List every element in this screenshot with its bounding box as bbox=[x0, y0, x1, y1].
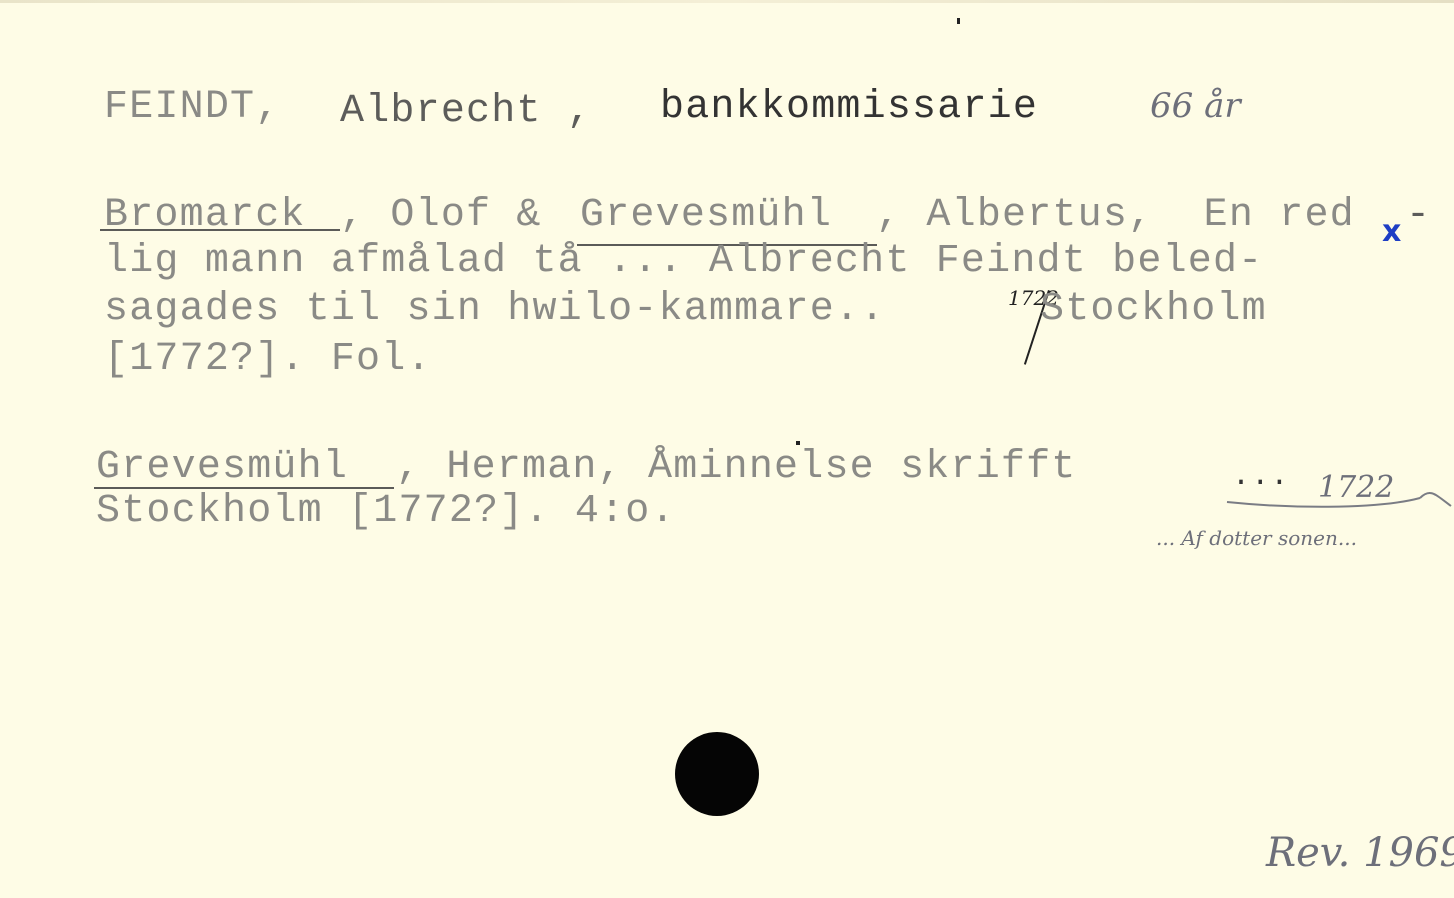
speck bbox=[796, 441, 800, 445]
card-top-edge bbox=[0, 0, 1454, 3]
entry1-title-line3: sagades til sin hwilo-kammare.. bbox=[104, 290, 885, 330]
punch-hole bbox=[675, 732, 759, 816]
handwritten-insert-note: ... Af dotter sonen... bbox=[1156, 526, 1357, 550]
heading-surname: FEINDT, bbox=[104, 88, 280, 128]
heading-occupation: bankkommissarie bbox=[660, 88, 1038, 128]
catalog-card: FEINDT, Albrecht , bankkommissarie 66 år… bbox=[0, 0, 1454, 898]
handwritten-age-note: 66 år bbox=[1150, 86, 1241, 126]
entry1-coauthor: Grevesmühl bbox=[580, 196, 832, 236]
blue-correction-mark: x bbox=[1382, 214, 1401, 249]
heading-given-name: Albrecht , bbox=[340, 92, 592, 132]
entry1-author-separator: , Olof & bbox=[340, 196, 567, 236]
entry2-imprint: Stockholm [1772?]. 4:o. bbox=[96, 492, 676, 532]
insertion-caret-line bbox=[1225, 480, 1454, 520]
entry1-title-line2: lig mann afmålad tå ... Albrecht Feindt … bbox=[104, 242, 1263, 282]
entry2-title: , Herman, Åminnelse skrifft bbox=[396, 448, 1077, 488]
entry1-hyphen: - bbox=[1406, 196, 1431, 236]
handwritten-revision-note: Rev. 1969 bbox=[1266, 830, 1454, 876]
entry1-imprint: [1772?]. Fol. bbox=[104, 340, 432, 380]
entry1-coauthor-given: , Albertus, En red bbox=[876, 196, 1355, 236]
speck bbox=[957, 18, 960, 24]
entry1-place: Stockholm bbox=[1040, 290, 1267, 330]
entry2-author: Grevesmühl bbox=[96, 448, 348, 488]
entry1-author-underline bbox=[100, 229, 340, 231]
